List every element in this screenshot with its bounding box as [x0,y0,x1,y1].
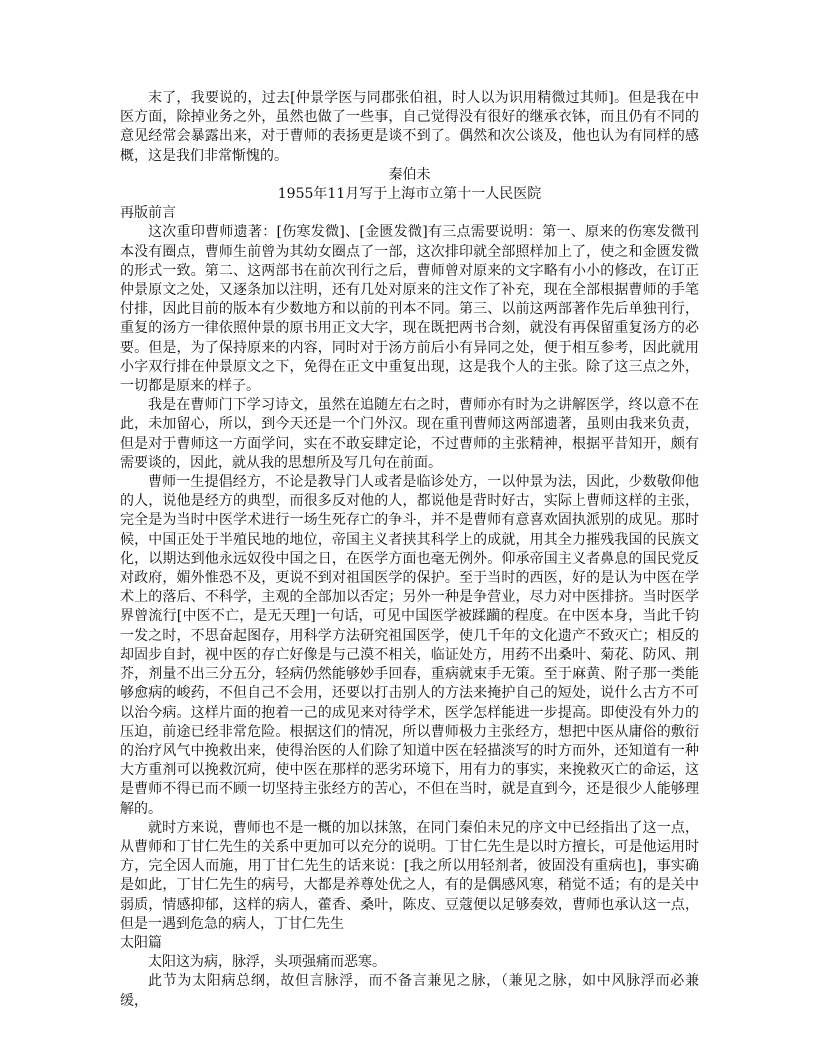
signature-name: 秦伯未 [120,166,699,185]
chapter-paragraph-1: 太阳这为病，脉浮，头项强痛而恶寒。 [120,953,699,972]
signature-date: 1955年11月写于上海市立第十一人民医院 [120,185,699,204]
chapter-heading: 太阳篇 [120,934,699,953]
preface-paragraph-4: 就时方来说，曹师也不是一概的加以抹煞，在同门秦伯未兄的序文中已经指出了这一点，从… [120,819,699,934]
preface-paragraph-3: 曹师一生提倡经方，不论是教导门人或者是临诊处方，一以仲景为法，因此，少数敬仰他的… [120,473,699,819]
chapter-paragraph-2: 此节为太阳病总纲，故但言脉浮，而不备言兼见之脉，（兼见之脉，如中风脉浮而必兼缓， [120,972,699,1010]
document-page: 末了，我要说的，过去[仲景学医与同郡张伯祖，时人以为识用精微过其师]。但是我在中… [120,89,699,1011]
preface-paragraph-1: 这次重印曹师遗著：[伤寒发微]、[金匮发微]有三点需要说明：第一、原来的伤寒发微… [120,223,699,396]
preface-paragraph-2: 我是在曹师门下学习诗文，虽然在追随左右之时，曹师亦有时为之讲解医学，终以意不在此… [120,396,699,473]
closing-paragraph: 末了，我要说的，过去[仲景学医与同郡张伯祖，时人以为识用精微过其师]。但是我在中… [120,89,699,166]
preface-heading: 再版前言 [120,204,699,223]
